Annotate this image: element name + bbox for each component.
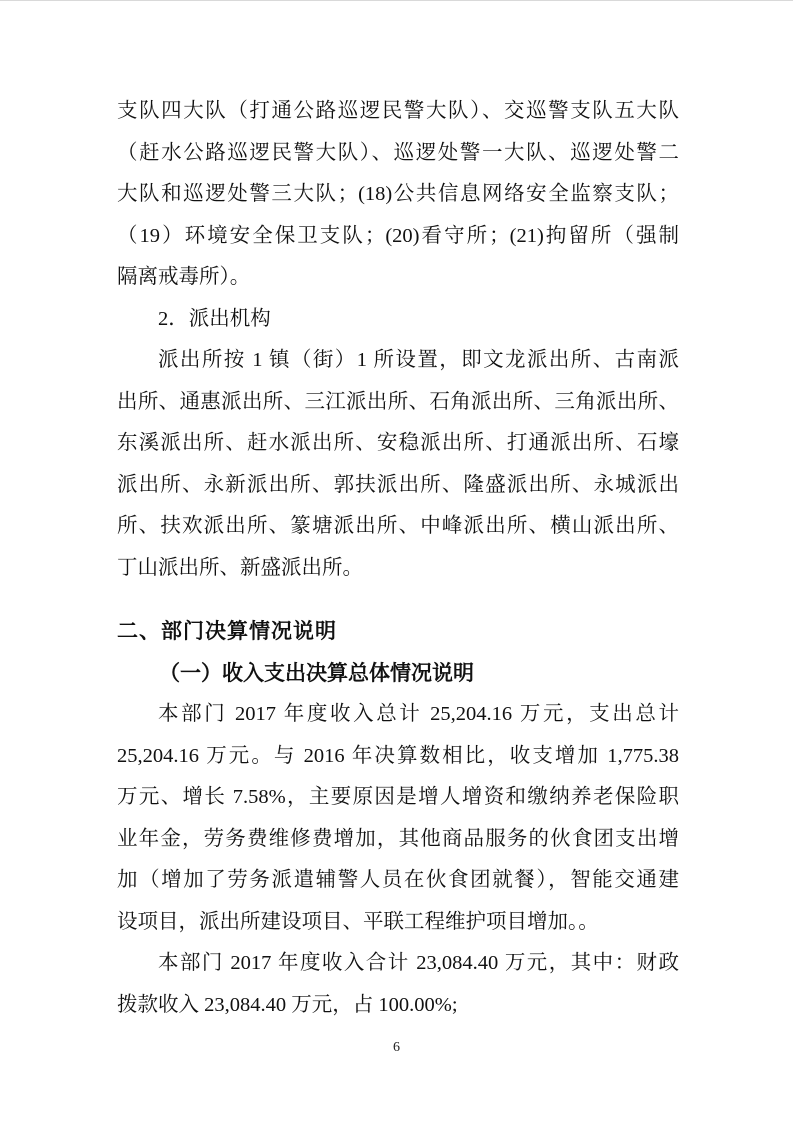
text-line: 拨款收入 23,084.40 万元，占 100.00%; (117, 985, 679, 1027)
text-line: 派出所、永新派出所、郭扶派出所、隆盛派出所、永城派出 (117, 465, 679, 507)
text-line: 二、部门决算情况说明 (117, 611, 679, 653)
page-number: 6 (0, 1039, 793, 1057)
text-line: 大队和巡逻处警三大队；(18)公共信息网络安全监察支队； (117, 174, 679, 216)
text-line: 隔离戒毒所）。 (117, 257, 679, 299)
text-line: （19）环境安全保卫支队；(20)看守所；(21)拘留所（强制 (117, 216, 679, 258)
text-line: 万元、增长 7.58%，主要原因是增人增资和缴纳养老保险职 (117, 777, 679, 819)
paragraph-total-income-expenditure: 本部门 2017 年度收入总计 25,204.16 万元，支出总计25,204.… (117, 694, 679, 943)
text-line: 设项目，派出所建设项目、平联工程维护项目增加。。 (117, 902, 679, 944)
document-body: 支队四大队（打通公路巡逻民警大队）、交巡警支队五大队（赶水公路巡逻民警大队）、巡… (117, 91, 679, 1026)
text-line: 出所、通惠派出所、三江派出所、石角派出所、三角派出所、 (117, 382, 679, 424)
text-line: 本部门 2017 年度收入总计 25,204.16 万元，支出总计 (117, 694, 679, 736)
text-line: （一）收入支出决算总体情况说明 (117, 653, 679, 695)
text-line: 本部门 2017 年度收入合计 23,084.40 万元，其中：财政 (117, 943, 679, 985)
text-line: 派出所按 1 镇（街）1 所设置，即文龙派出所、古南派 (117, 340, 679, 382)
section-heading-final-accounts: 二、部门决算情况说明 (117, 611, 679, 653)
text-line: 所、扶欢派出所、篆塘派出所、中峰派出所、横山派出所、 (117, 506, 679, 548)
paragraph-income-total-detail: 本部门 2017 年度收入合计 23,084.40 万元，其中：财政拨款收入 2… (117, 943, 679, 1026)
text-line: 支队四大队（打通公路巡逻民警大队）、交巡警支队五大队 (117, 91, 679, 133)
subsection-heading-income-expenditure: （一）收入支出决算总体情况说明 (117, 653, 679, 695)
text-line: （赶水公路巡逻民警大队）、巡逻处警一大队、巡逻处警二 (117, 133, 679, 175)
paragraph-dispatched-organs-title: 2．派出机构 (117, 299, 679, 341)
text-line: 东溪派出所、赶水派出所、安稳派出所、打通派出所、石壕 (117, 423, 679, 465)
text-line: 25,204.16 万元。与 2016 年决算数相比，收支增加 1,775.38 (117, 736, 679, 778)
text-line: 业年金，劳务费维修费增加，其他商品服务的伙食团支出增 (117, 819, 679, 861)
text-line: 2．派出机构 (117, 299, 679, 341)
paragraph-police-stations-list: 派出所按 1 镇（街）1 所设置，即文龙派出所、古南派出所、通惠派出所、三江派出… (117, 340, 679, 589)
text-line: 丁山派出所、新盛派出所。 (117, 548, 679, 590)
document-page: 支队四大队（打通公路巡逻民警大队）、交巡警支队五大队（赶水公路巡逻民警大队）、巡… (0, 0, 793, 1122)
text-line: 加（增加了劳务派遣辅警人员在伙食团就餐），智能交通建 (117, 860, 679, 902)
paragraph-internal-organs-continued: 支队四大队（打通公路巡逻民警大队）、交巡警支队五大队（赶水公路巡逻民警大队）、巡… (117, 91, 679, 299)
